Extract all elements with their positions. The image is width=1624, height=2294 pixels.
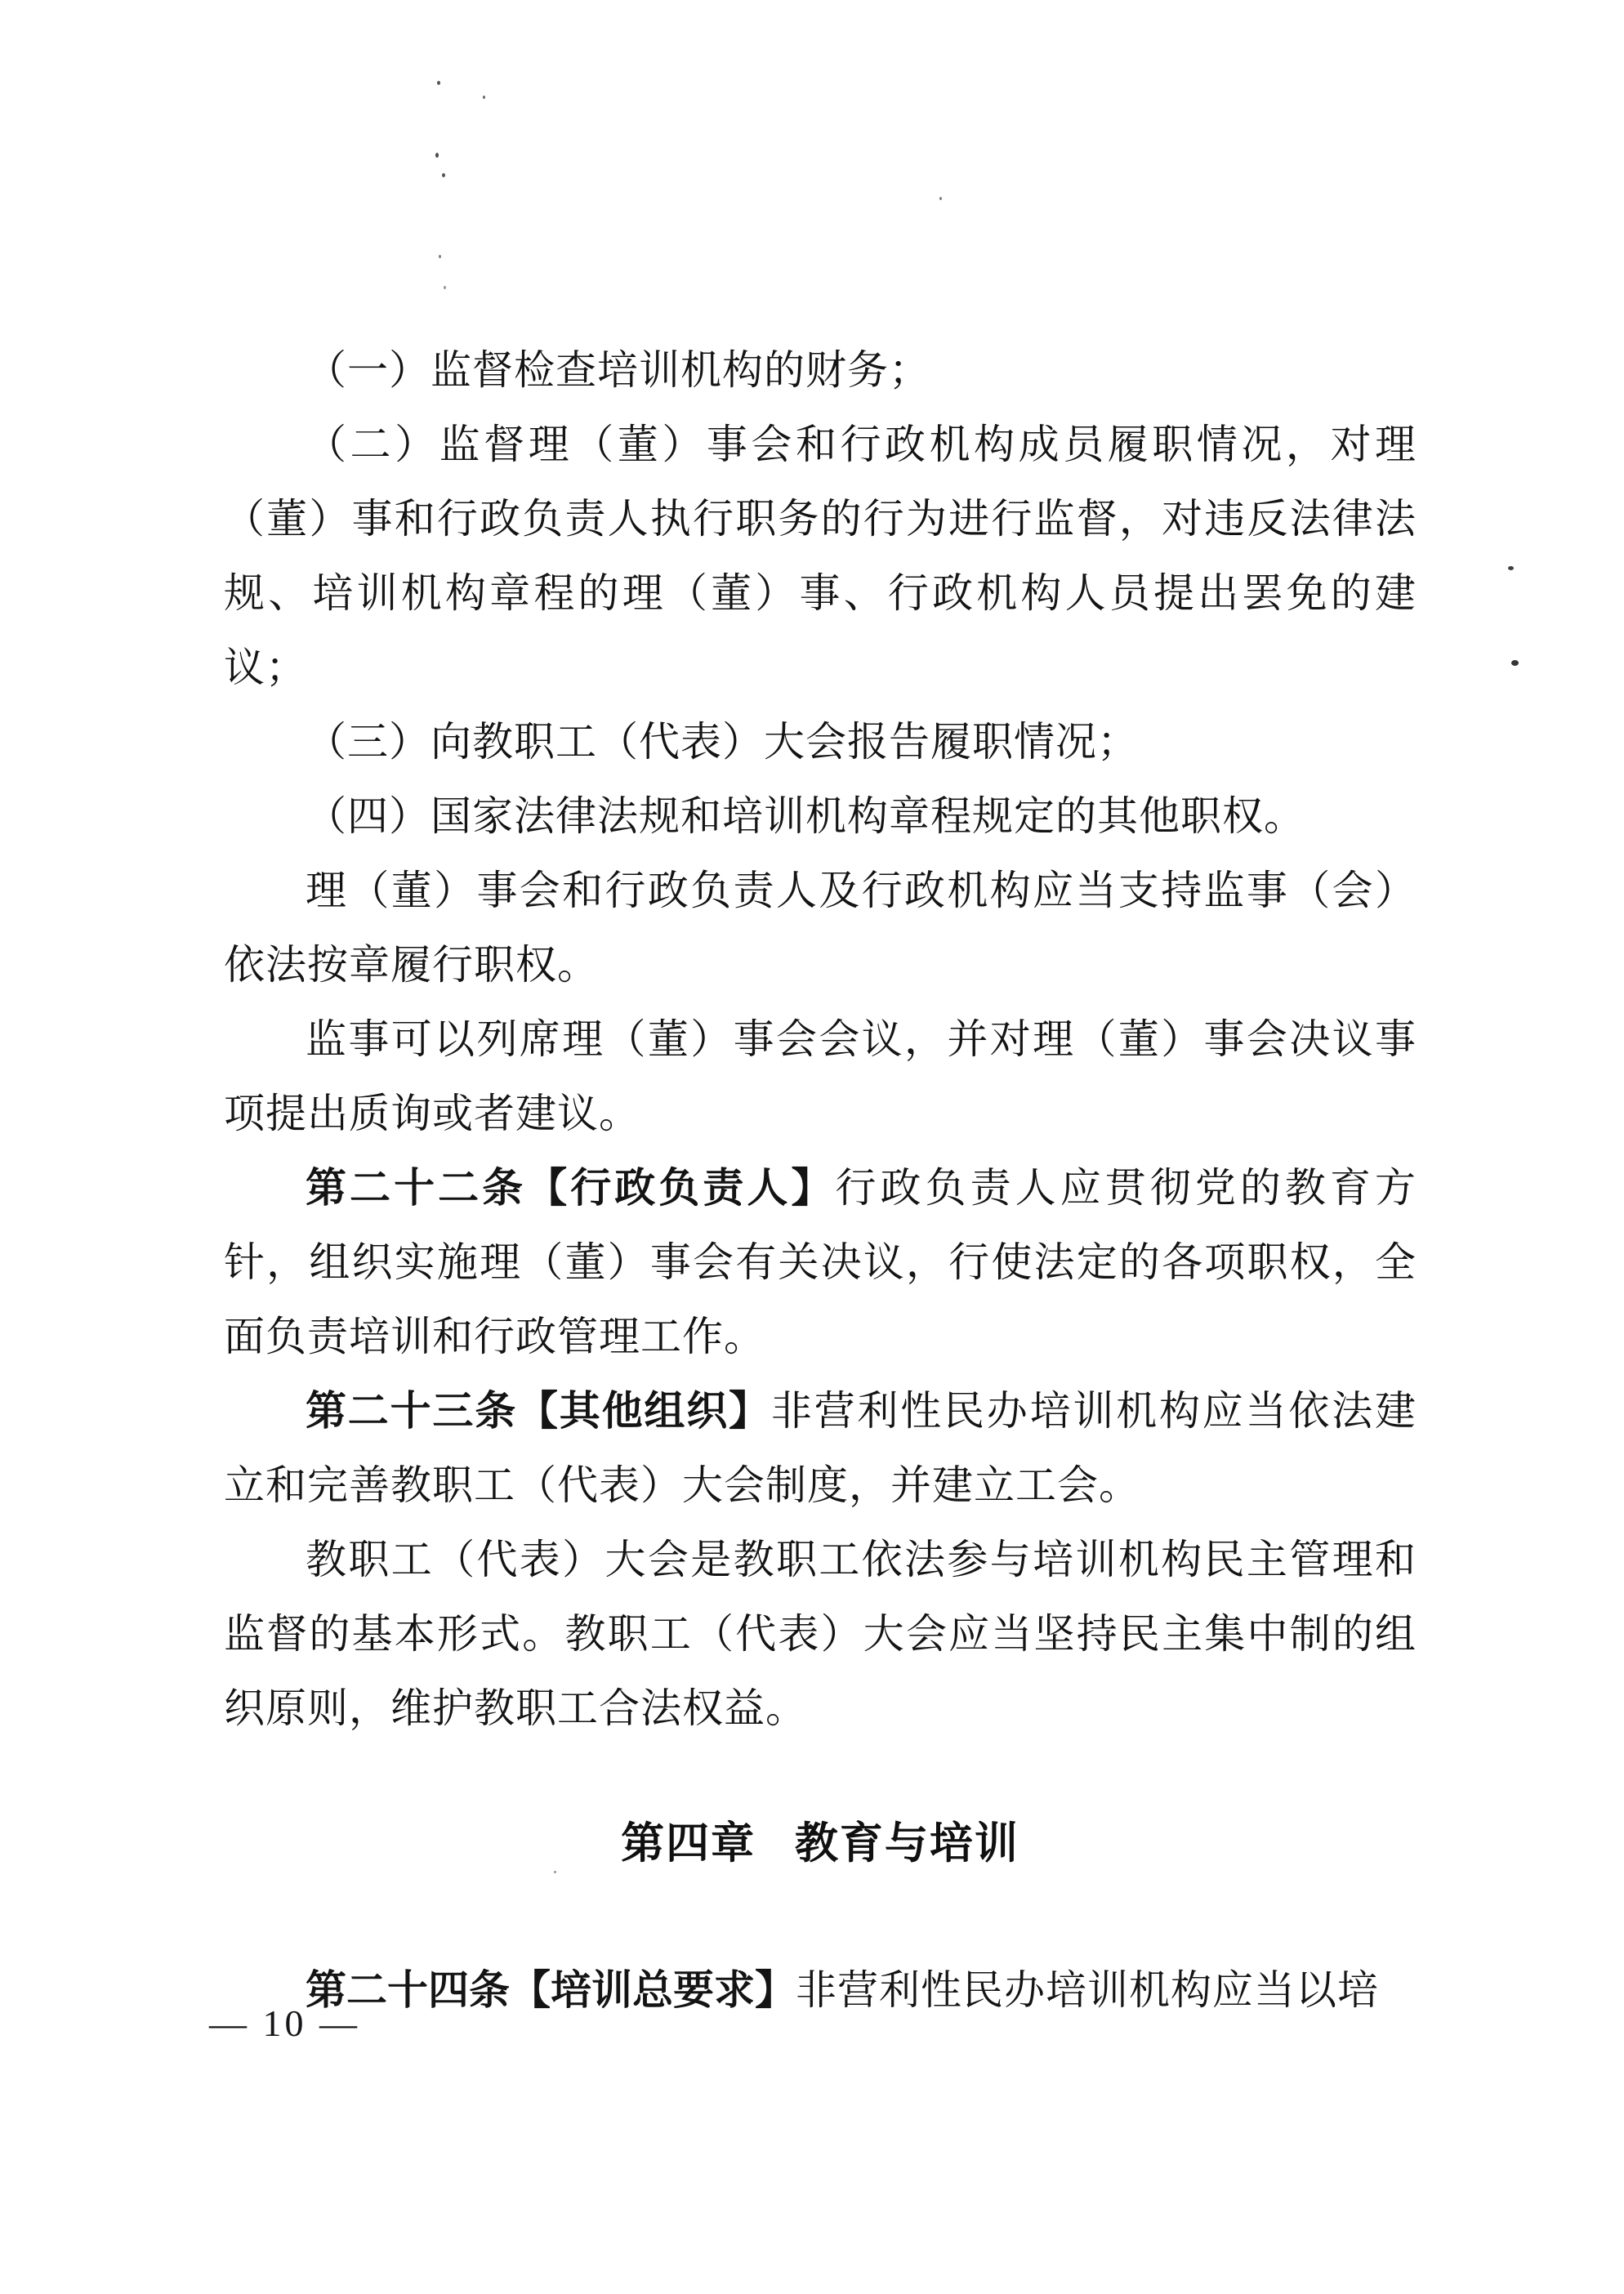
scan-speck bbox=[439, 255, 441, 258]
article-paragraph-24: 第二十四条【培训总要求】非营利性民办培训机构应当以培 bbox=[224, 1953, 1417, 2028]
list-item-3: （三）向教职工（代表）大会报告履职情况； bbox=[224, 705, 1417, 779]
scan-speck bbox=[1511, 660, 1519, 666]
document-body: （一）监督检查培训机构的财务； （二）监督理（董）事会和行政机构成员履职情况，对… bbox=[224, 333, 1417, 2028]
scan-speck bbox=[437, 81, 440, 85]
article-24-text: 非营利性民办培训机构应当以培 bbox=[796, 1967, 1379, 2013]
scan-speck bbox=[435, 153, 439, 158]
list-item-4: （四）国家法律法规和培训机构章程规定的其他职权。 bbox=[224, 779, 1417, 854]
chapter-number: 第四章 bbox=[621, 1819, 756, 1868]
list-item-1: （一）监督检查培训机构的财务； bbox=[224, 333, 1417, 408]
article-22-lead: 第二十二条【行政负责人】 bbox=[306, 1165, 836, 1211]
scanned-document-page: （一）监督检查培训机构的财务； （二）监督理（董）事会和行政机构成员履职情况，对… bbox=[0, 0, 1624, 2294]
article-24-lead: 第二十四条【培训总要求】 bbox=[306, 1967, 796, 2013]
article-23-lead: 第二十三条【其他组织】 bbox=[306, 1388, 771, 1434]
scan-speck bbox=[444, 286, 446, 289]
list-item-2: （二）监督理（董）事会和行政机构成员履职情况，对理（董）事和行政负责人执行职务的… bbox=[224, 408, 1417, 705]
body-paragraph: 教职工（代表）大会是教职工依法参与培训机构民主管理和监督的基本形式。教职工（代表… bbox=[224, 1523, 1417, 1746]
scan-speck bbox=[1407, 1400, 1410, 1404]
article-paragraph-23: 第二十三条【其他组织】非营利性民办培训机构应当依法建立和完善教职工（代表）大会制… bbox=[224, 1374, 1417, 1523]
scan-speck bbox=[554, 1871, 556, 1873]
body-paragraph: 监事可以列席理（董）事会会议，并对理（董）事会决议事项提出质询或者建议。 bbox=[224, 1002, 1417, 1151]
page-number: — 10 — bbox=[209, 2003, 360, 2044]
scan-speck bbox=[1508, 566, 1514, 570]
scan-speck bbox=[939, 197, 942, 200]
article-paragraph-22: 第二十二条【行政负责人】行政负责人应贯彻党的教育方针，组织实施理（董）事会有关决… bbox=[224, 1151, 1417, 1374]
chapter-heading: 第四章教育与培训 bbox=[224, 1806, 1417, 1881]
scan-speck bbox=[442, 173, 445, 177]
chapter-title: 教育与培训 bbox=[795, 1819, 1019, 1868]
body-paragraph: 理（董）事会和行政负责人及行政机构应当支持监事（会）依法按章履行职权。 bbox=[224, 854, 1417, 1002]
scan-speck bbox=[483, 96, 485, 99]
